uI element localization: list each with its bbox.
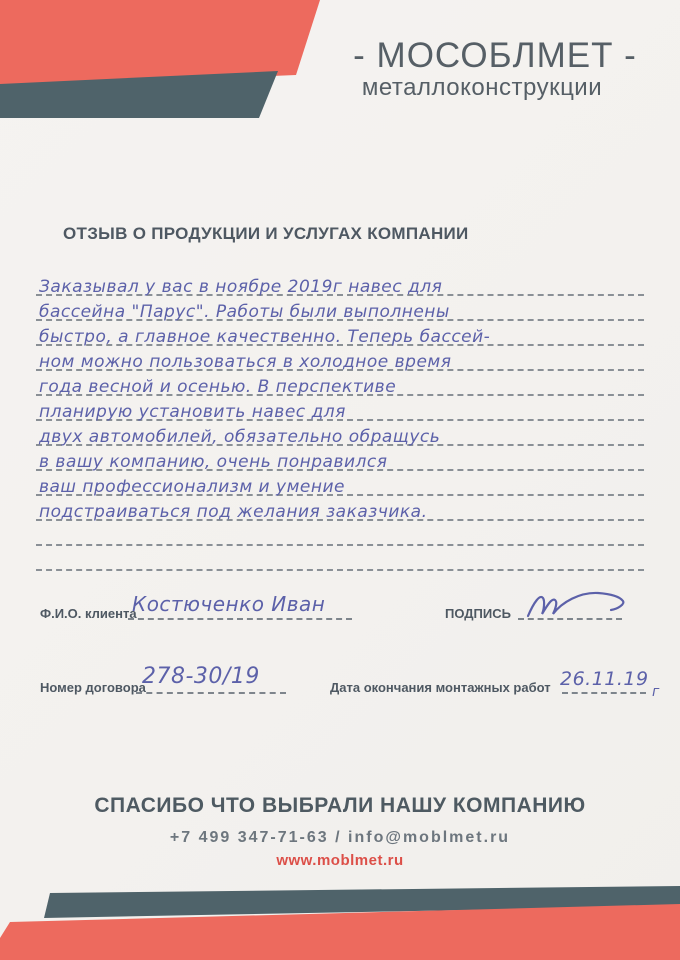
footer-thanks-line: СПАСИБО ЧТО ВЫБРАЛИ НАШУ КОМПАНИЮ [0,794,680,818]
ruled-line: бассейна "Парус". Работы были выполнены [36,296,644,321]
handwritten-line: в вашу компанию, очень понравился [39,452,387,472]
contract-number-value: 278-30/19 [142,664,260,689]
ruled-line [36,546,644,571]
ruled-line: быстро, а главное качественно. Теперь ба… [36,321,644,346]
ruled-line [36,521,644,546]
footer-contact-line: +7 499 347-71-63 / info@moblmet.ru [0,829,680,847]
footer-email: info@moblmet.ru [348,829,510,846]
completion-date-underline [562,692,646,694]
handwritten-line: ваш профессионализм и умение [39,477,345,497]
corner-accent-top-left [0,0,340,125]
ruled-line: ном можно пользоваться в холодное время [36,346,644,371]
handwritten-line: двух автомобилей, обязательно обращусь [39,427,440,447]
form-title: ОТЗЫВ О ПРОДУКЦИИ И УСЛУГАХ КОМПАНИИ [63,224,469,244]
ruled-line: двух автомобилей, обязательно обращусь [36,421,644,446]
handwritten-line: бассейна "Парус". Работы были выполнены [39,302,450,322]
handwritten-line: подстраиваться под желания заказчика. [39,502,428,522]
completion-date-label: Дата окончания монтажных работ [330,680,551,695]
client-name-value: Костюченко Иван [132,592,325,616]
completion-date-value: 26.11.19 [560,668,649,690]
company-logo: - МОСОБЛМЕТ - металлоконструкции [328,36,662,102]
footer-phone: +7 499 347-71-63 [170,829,329,846]
contract-number-underline [136,692,286,694]
ruled-line: подстраиваться под желания заказчика. [36,496,644,521]
client-name-underline [128,618,352,620]
logo-title: - МОСОБЛМЕТ - [328,36,662,76]
handwritten-line: быстро, а главное качественно. Теперь ба… [39,327,490,347]
review-text-area: Заказывал у вас в ноябре 2019г навес для… [36,271,644,571]
signature-label: ПОДПИСЬ [445,606,511,621]
handwritten-line: планирую установить навес для [39,402,346,422]
corner-accent-bottom [0,865,680,960]
logo-subtitle: металлоконструкции [328,74,662,102]
ruled-line: в вашу компанию, очень понравился [36,446,644,471]
handwritten-line: года весной и осенью. В перспективе [39,377,396,397]
ruled-line: года весной и осенью. В перспективе [36,371,644,396]
ruled-line: планирую установить навес для [36,396,644,421]
ruled-line: ваш профессионализм и умение [36,471,644,496]
scanned-review-form: - МОСОБЛМЕТ - металлоконструкции ОТЗЫВ О… [0,0,680,960]
handwritten-line: ном можно пользоваться в холодное время [39,352,451,372]
signature-scribble [524,584,628,622]
contract-number-label: Номер договора [40,680,146,695]
handwritten-line: Заказывал у вас в ноябре 2019г навес для [39,277,442,297]
ruled-line: Заказывал у вас в ноябре 2019г навес для [36,271,644,296]
completion-date-suffix: г [652,684,660,700]
client-name-label: Ф.И.О. клиента [40,606,137,621]
footer-separator: / [329,829,348,846]
